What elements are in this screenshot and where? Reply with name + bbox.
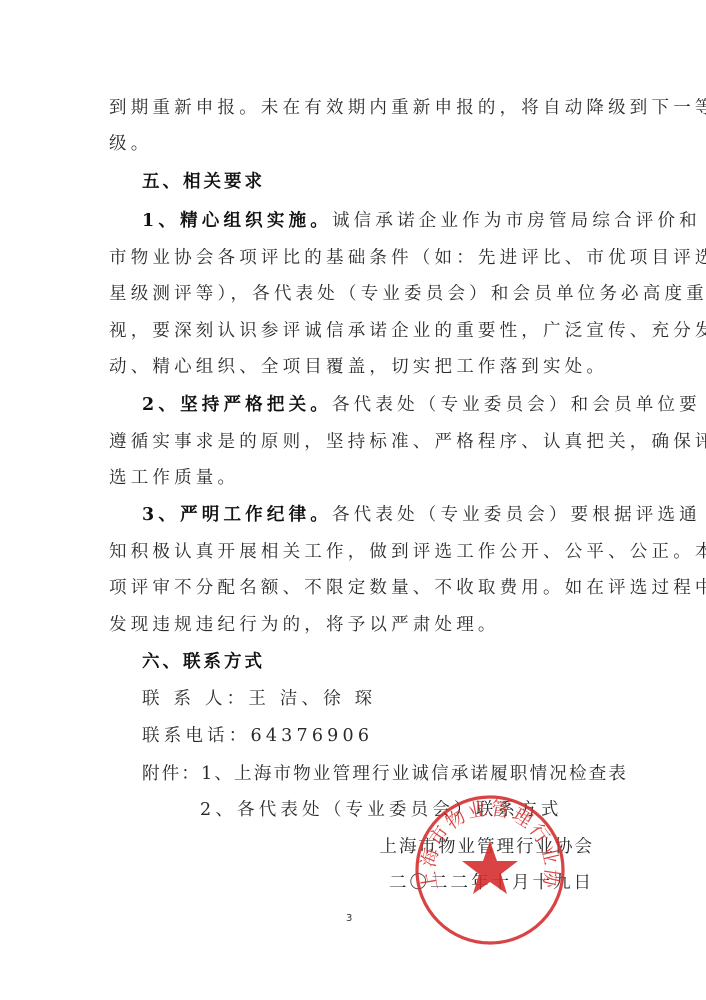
attachment-2: 2、各代表处（专业委员会）联系方式: [200, 799, 563, 821]
contact-phone: 联系电话：64376906: [142, 725, 373, 747]
signature-date: 二〇二二年十月十九日: [389, 872, 594, 894]
attachment-1: 附件：1、上海市物业管理行业诚信承诺履职情况检查表: [142, 763, 628, 785]
paragraph-line: 动、精心组织、全项目覆盖，切实把工作落到实处。: [109, 356, 608, 378]
item-2-title: 2、坚持严格把关。: [142, 395, 332, 415]
paragraph-line: 视，要深刻认识参评诚信承诺企业的重要性，广泛宣传、充分发: [109, 320, 706, 342]
item-1-first-line: 1、精心组织实施。诚信承诺企业作为市房管局综合评价和: [142, 210, 701, 232]
paragraph-line: 到期重新申报。未在有效期内重新申报的，将自动降级到下一等: [109, 97, 706, 119]
item-3-text: 各代表处（专业委员会）要根据评选通: [332, 505, 701, 525]
signature-organization: 上海市物业管理行业协会: [380, 836, 595, 858]
paragraph-line: 市物业协会各项评比的基础条件（如：先进评比、市优项目评选、: [109, 247, 706, 269]
item-3-first-line: 3、严明工作纪律。各代表处（专业委员会）要根据评选通: [142, 504, 701, 526]
paragraph-line: 级。: [109, 133, 152, 155]
item-1-title: 1、精心组织实施。: [142, 211, 332, 231]
contact-person: 联 系 人：王 洁、徐 琛: [142, 688, 376, 710]
item-1-text: 诚信承诺企业作为市房管局综合评价和: [332, 211, 701, 231]
item-3-title: 3、严明工作纪律。: [142, 505, 332, 525]
paragraph-line: 发现违规违纪行为的，将予以严肃处理。: [109, 614, 500, 636]
paragraph-line: 项评审不分配名额、不限定数量、不收取费用。如在评选过程中: [109, 577, 706, 599]
paragraph-line: 知积极认真开展相关工作，做到评选工作公开、公平、公正。本: [109, 541, 706, 563]
paragraph-line: 选工作质量。: [109, 467, 239, 489]
paragraph-line: 星级测评等），各代表处（专业委员会）和会员单位务必高度重: [109, 283, 706, 305]
section-heading-requirements: 五、相关要求: [142, 171, 265, 193]
paragraph-line: 遵循实事求是的原则，坚持标准、严格程序、认真把关，确保评: [109, 431, 706, 453]
section-heading-contact: 六、联系方式: [142, 651, 265, 673]
page-number: 3: [346, 913, 352, 924]
item-2-text: 各代表处（专业委员会）和会员单位要: [332, 395, 701, 415]
item-2-first-line: 2、坚持严格把关。各代表处（专业委员会）和会员单位要: [142, 394, 701, 416]
